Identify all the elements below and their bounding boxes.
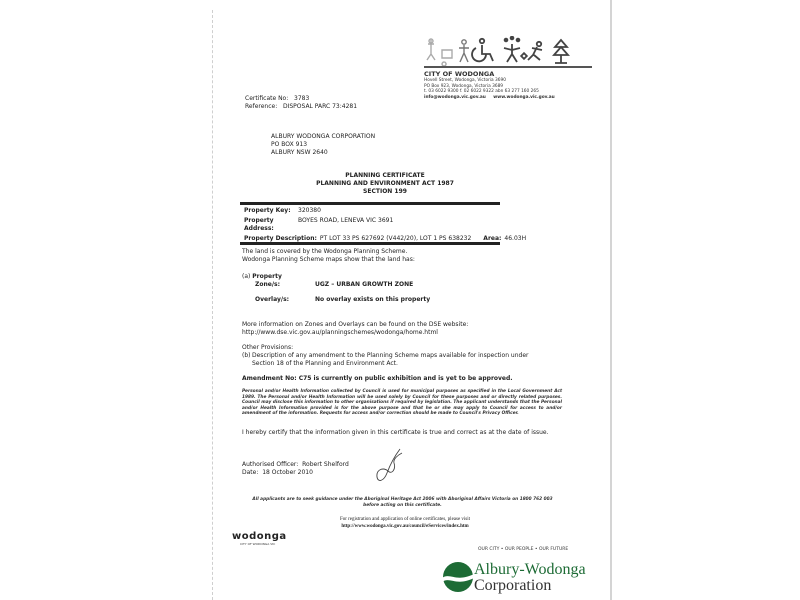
other-provisions-heading: Other Provisions: xyxy=(242,344,293,352)
scheme-line1: The land is covered by the Wodonga Plann… xyxy=(242,248,415,256)
property-key-value: 320380 xyxy=(298,207,321,215)
recipient-address: ALBURY WODONGA CORPORATION PO BOX 913 AL… xyxy=(271,133,375,157)
title-line2: PLANNING AND ENVIRONMENT ACT 1987 xyxy=(300,180,470,188)
recipient-line1: ALBURY WODONGA CORPORATION xyxy=(271,133,375,141)
property-address-row: Property Address: BOYES ROAD, LENEVA VIC… xyxy=(244,217,564,233)
date-value: 18 October 2010 xyxy=(262,469,313,476)
awc-river-logo-icon xyxy=(442,561,474,593)
letterhead-rule xyxy=(424,66,592,68)
other-text-line1: Description of any amendment to the Plan… xyxy=(252,352,562,360)
area-value: 46.03H xyxy=(504,235,526,243)
property-address-label: Property Address: xyxy=(244,217,298,233)
aboriginal-heritage-notice: All applicants are to seek guidance unde… xyxy=(240,497,565,508)
aboriginal-line2: before acting on this certificate. xyxy=(240,503,565,509)
property-key-label: Property Key: xyxy=(244,207,298,215)
reference-label: Reference: xyxy=(245,103,277,110)
dse-url[interactable]: http://www.dse.vic.gov.au/planningscheme… xyxy=(242,329,468,337)
document-title: PLANNING CERTIFICATE PLANNING AND ENVIRO… xyxy=(300,172,470,196)
dse-info: More information on Zones and Overlays c… xyxy=(242,321,468,337)
reference-row: Reference: DISPOSAL PARC 73:4281 xyxy=(245,103,357,111)
certificate-number-row: Certificate No: 3783 xyxy=(245,95,309,103)
certificate-number-label: Certificate No: xyxy=(245,95,288,102)
online-certificates-notice: For registration and application of onli… xyxy=(290,517,520,530)
title-line3: SECTION 199 xyxy=(300,188,470,196)
overlay-value: No overlay exists on this property xyxy=(315,296,430,304)
privacy-notice: Personal and/or Health Information colle… xyxy=(242,389,562,417)
certification-statement: I hereby certify that the information gi… xyxy=(242,429,562,437)
officer-name: Robert Shelford xyxy=(302,461,349,468)
council-figures-logo-icon xyxy=(424,36,574,66)
recipient-line2: PO BOX 913 xyxy=(271,141,375,149)
overlay-label: Overlay/s: xyxy=(255,296,289,304)
wodonga-logo-sub: CITY OF WODONGA VIC xyxy=(240,542,287,546)
property-details: Property Key: 320380 Property Address: B… xyxy=(244,207,564,243)
council-web-line: info@wodonga.vic.gov.au www.wodonga.vic.… xyxy=(424,95,555,101)
council-name: CITY OF WODONGA xyxy=(424,70,555,78)
awc-name: Albury-Wodonga Corporation xyxy=(474,562,586,594)
aboriginal-line1: All applicants are to seek guidance unde… xyxy=(240,497,565,503)
wodonga-logo: wodonga CITY OF WODONGA VIC xyxy=(232,532,287,546)
officer-label: Authorised Officer: xyxy=(242,461,298,468)
online-url[interactable]: http://www.wodonga.vic.gov.au/council/eS… xyxy=(290,524,520,531)
council-address-block: CITY OF WODONGA Hovell Street, Wodonga, … xyxy=(424,70,555,100)
title-line1: PLANNING CERTIFICATE xyxy=(300,172,470,180)
zone-label: Zone/s: xyxy=(255,281,280,289)
property-label: Property xyxy=(252,273,282,280)
date-row: Date: 18 October 2010 xyxy=(242,469,313,477)
amendment-notice: Amendment No: C75 is currently on public… xyxy=(242,375,513,383)
dse-line1: More information on Zones and Overlays c… xyxy=(242,321,468,329)
item-a-marker: (a) xyxy=(242,273,250,280)
council-website[interactable]: www.wodonga.vic.gov.au xyxy=(493,95,554,100)
awc-line1: Albury-Wodonga xyxy=(474,562,586,578)
certificate-number: 3783 xyxy=(294,95,309,102)
property-bottom-rule xyxy=(240,242,500,245)
signature-icon xyxy=(372,447,408,487)
other-provisions-text: Description of any amendment to the Plan… xyxy=(252,352,562,368)
council-email[interactable]: info@wodonga.vic.gov.au xyxy=(424,95,486,100)
awc-line2: Corporation xyxy=(474,578,586,594)
property-address-value: BOYES ROAD, LENEVA VIC 3691 xyxy=(298,217,393,233)
punch-hole-margin xyxy=(212,10,213,600)
scheme-intro: The land is covered by the Wodonga Plann… xyxy=(242,248,415,264)
property-top-rule xyxy=(240,202,500,205)
recipient-line3: ALBURY NSW 2640 xyxy=(271,149,375,157)
zone-value: UGZ – URBAN GROWTH ZONE xyxy=(315,281,413,289)
item-b-marker: (b) xyxy=(242,352,251,360)
awc-tagline: OUR CITY • OUR PEOPLE • OUR FUTURE xyxy=(478,547,568,552)
reference-value: DISPOSAL PARC 73:4281 xyxy=(283,103,357,110)
other-text-line2: Section 18 of the Planning and Environme… xyxy=(252,360,562,368)
date-label: Date: xyxy=(242,469,258,476)
scheme-line2: Wodonga Planning Scheme maps show that t… xyxy=(242,256,415,264)
officer-row: Authorised Officer: Robert Shelford xyxy=(242,461,349,469)
property-key-row: Property Key: 320380 xyxy=(244,207,564,215)
wodonga-logo-text: wodonga xyxy=(232,532,287,542)
scheme-item-a: (a) Property xyxy=(242,273,282,281)
